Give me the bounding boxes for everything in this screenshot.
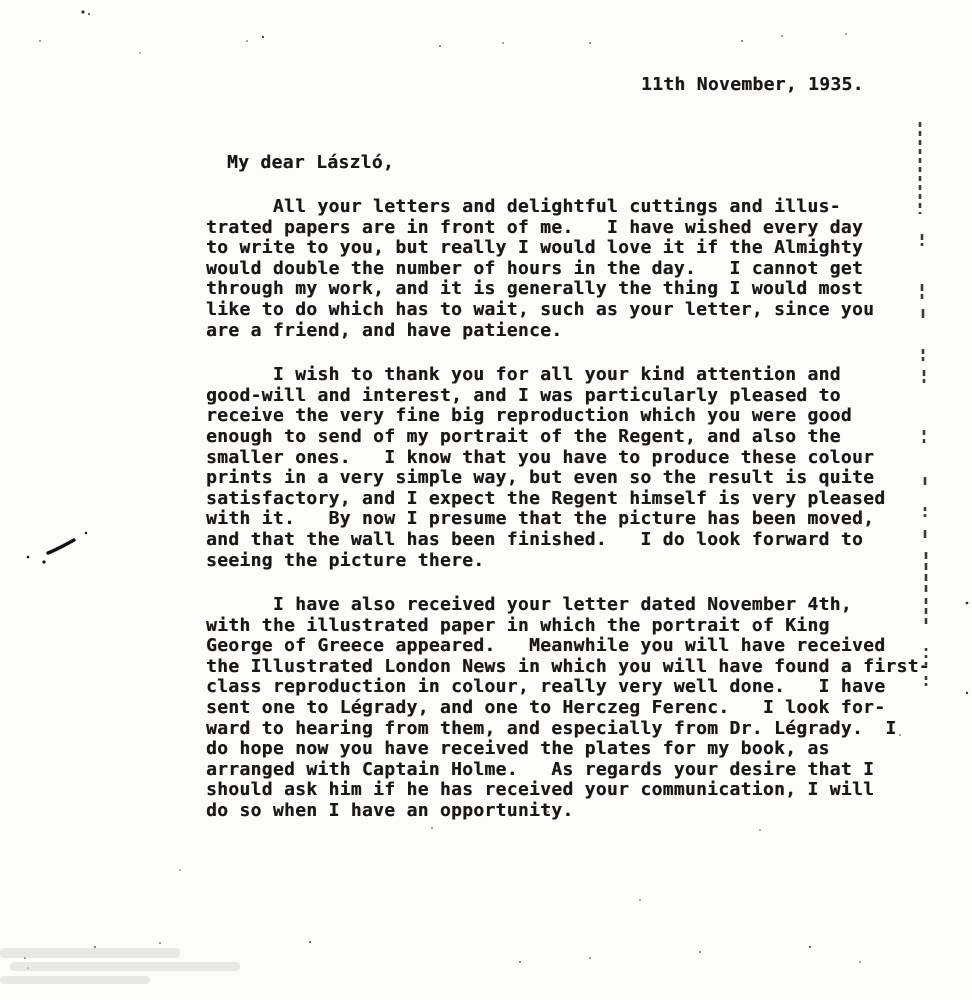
letter-salutation: My dear László, [227,152,394,173]
letter-paragraph-2: I wish to thank you for all your kind at… [206,365,966,571]
scanned-letter-page: 11th November, 1935. My dear László, All… [0,0,972,1000]
letter-body: All your letters and delightful cuttings… [206,197,966,846]
letter-paragraph-3: I have also received your letter dated N… [206,595,966,822]
letter-date: 11th November, 1935. [641,74,864,95]
letter-text-layer: 11th November, 1935. My dear László, All… [0,0,972,1000]
letter-paragraph-1: All your letters and delightful cuttings… [206,197,966,341]
